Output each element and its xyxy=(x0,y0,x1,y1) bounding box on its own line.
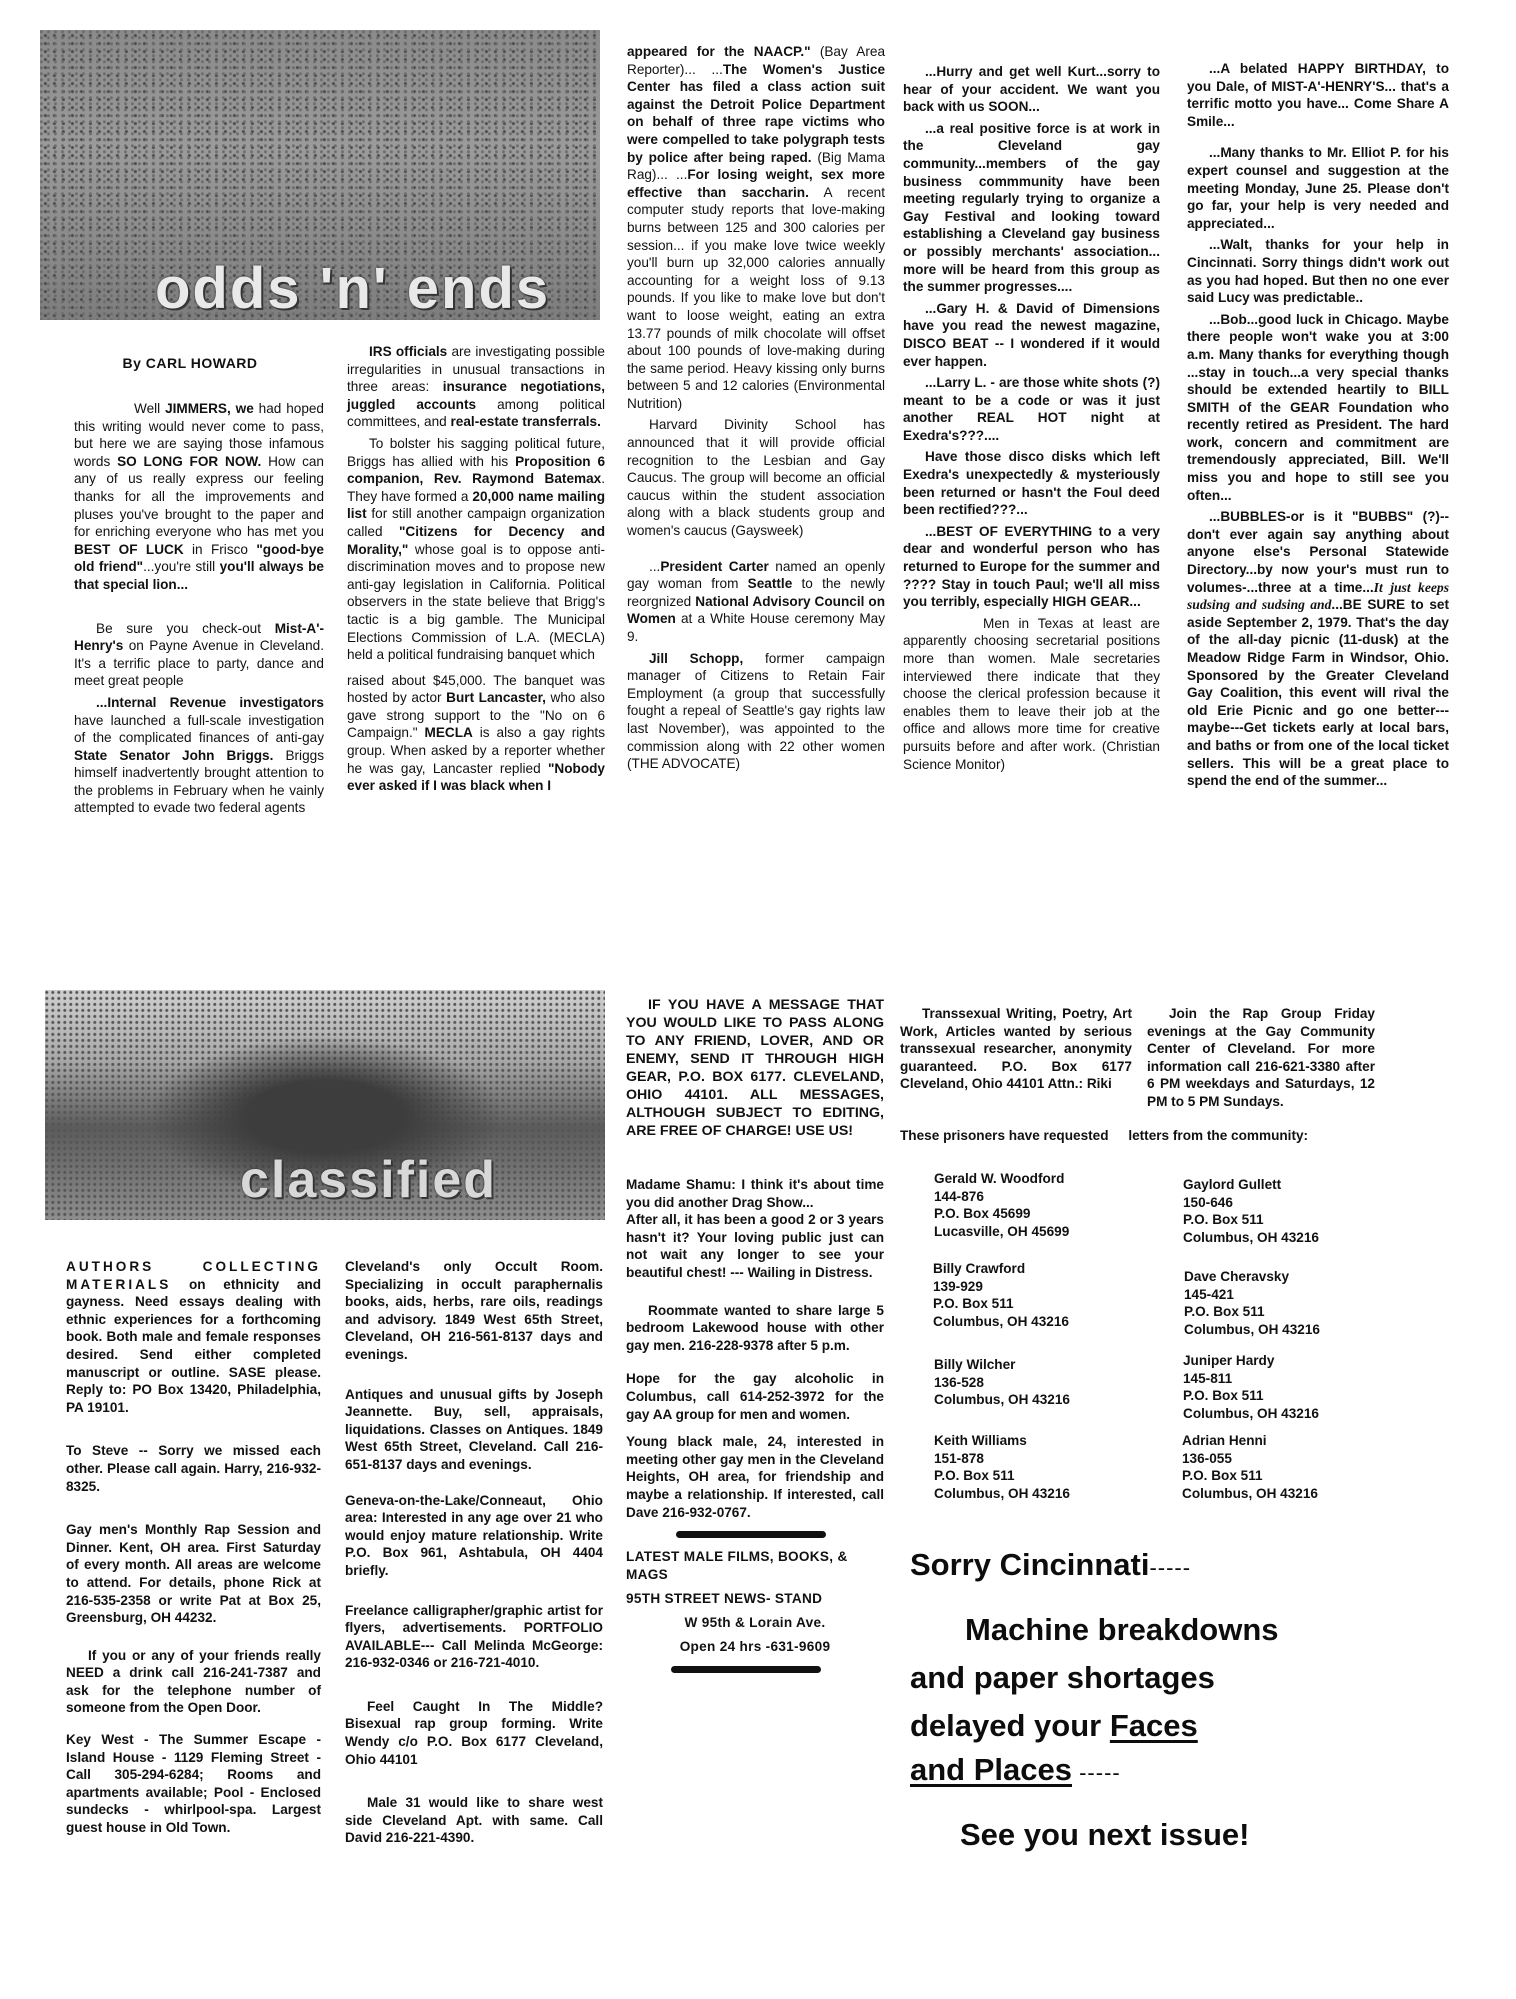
article-column-5: ...A belated HAPPY BIRTHDAY, to you Dale… xyxy=(1187,60,1449,794)
classified-banner: classified xyxy=(240,1150,497,1210)
prisoner-entry: Adrian Henni 136-055 P.O. Box 511 Columb… xyxy=(1182,1432,1318,1502)
article-column-4: ...Hurry and get well Kurt...sorry to he… xyxy=(903,63,1160,777)
classified-ad-calligrapher: Freelance calligrapher/graphic artist fo… xyxy=(345,1602,603,1672)
paragraph-happy-birthday: ...A belated HAPPY BIRTHDAY, to you Dale… xyxy=(1187,60,1449,130)
paragraph-gary-david: ...Gary H. & David of Dimensions have yo… xyxy=(903,300,1160,370)
message-service-notice: IF YOU HAVE A MESSAGE THAT YOU WOULD LIK… xyxy=(626,996,884,1140)
notice-line-6: See you next issue! xyxy=(910,1815,1430,1855)
prisoner-entry: Billy Crawford 139-929 P.O. Box 511 Colu… xyxy=(933,1260,1069,1330)
odds-n-ends-header-image: odds 'n' ends xyxy=(40,30,600,320)
classified-ad-apartment: Male 31 would like to share west side Cl… xyxy=(345,1794,603,1847)
paragraph-bob-bill-smith: ...Bob...good luck in Chicago. Maybe the… xyxy=(1187,311,1449,505)
byline: By CARL HOWARD xyxy=(100,355,280,371)
paragraph-walt: ...Walt, thanks for your help in Cincinn… xyxy=(1187,236,1449,306)
classified-ad-bisexual-rap: Feel Caught In The Middle? Bisexual rap … xyxy=(345,1698,603,1768)
article-column-2: IRS officials are investigating possible… xyxy=(347,343,605,799)
classified-ad-rap-session: Gay men's Monthly Rap Session and Dinner… xyxy=(66,1521,321,1627)
paragraph-lancaster: raised about $45,000. The banquet was ho… xyxy=(347,672,605,795)
paragraph-kurt: ...Hurry and get well Kurt...sorry to he… xyxy=(903,63,1160,116)
prisoner-entry: Gaylord Gullett 150-646 P.O. Box 511 Col… xyxy=(1183,1176,1319,1246)
paragraph-irs-officials: IRS officials are investigating possible… xyxy=(347,343,605,431)
paragraph-texas-secretaries: Men in Texas at least are apparently cho… xyxy=(903,615,1160,773)
classified-ad-steve: To Steve -- Sorry we missed each other. … xyxy=(66,1442,321,1495)
prisoner-entry: Billy Wilcher 136-528 Columbus, OH 43216 xyxy=(934,1356,1070,1409)
paragraph-disco-disks: Have those disco disks which left Exedra… xyxy=(903,448,1160,518)
prisoner-entry: Gerald W. Woodford 144-876 P.O. Box 4569… xyxy=(934,1170,1069,1240)
paragraph-positive-force: ...a real positive force is at work in t… xyxy=(903,120,1160,296)
divider-bar xyxy=(676,1531,826,1538)
classified-ad-madame-shamu: Madame Shamu: I think it's about time yo… xyxy=(626,1176,884,1282)
notice-line-3: and paper shortages xyxy=(910,1658,1430,1698)
classified-ad-open-door: If you or any of your friends really NEE… xyxy=(66,1647,321,1717)
article-column-3: appeared for the NAACP." (Bay Area Repor… xyxy=(627,43,885,777)
divider-bar xyxy=(671,1666,821,1673)
sorry-cincinnati-notice: Sorry Cincinnati----- Machine breakdowns… xyxy=(910,1545,1430,1855)
paragraph-elliot: ...Many thanks to Mr. Elliot P. for his … xyxy=(1187,144,1449,232)
classifieds-column-3: IF YOU HAVE A MESSAGE THAT YOU WOULD LIK… xyxy=(626,996,884,1683)
paragraph-president-carter: ...President Carter named an openly gay … xyxy=(627,558,885,646)
prisoner-entry: Keith Williams 151-878 P.O. Box 511 Colu… xyxy=(934,1432,1070,1502)
newsstand-ad: LATEST MALE FILMS, BOOKS, & MAGS 95TH ST… xyxy=(626,1531,884,1673)
classifieds-column-2: Cleveland's only Occult Room. Specializi… xyxy=(345,1258,603,1851)
notice-line-2: Machine breakdowns xyxy=(910,1610,1430,1650)
paragraph-irs-investigators: ...Internal Revenue investigators have l… xyxy=(74,694,324,817)
notice-line-4: delayed your Faces xyxy=(910,1706,1430,1746)
classified-ad-occult-room: Cleveland's only Occult Room. Specializi… xyxy=(345,1258,603,1364)
classified-ad-transsexual: Transsexual Writing, Poetry, Art Work, A… xyxy=(900,1005,1132,1097)
prisoner-entry: Dave Cheravsky 145-421 P.O. Box 511 Colu… xyxy=(1184,1268,1320,1338)
classified-header-image: classified xyxy=(45,990,605,1220)
notice-line-5: and Places ----- xyxy=(910,1750,1430,1793)
classified-ad-antiques: Antiques and unusual gifts by Joseph Jea… xyxy=(345,1386,603,1474)
classified-ad-roommate: Roommate wanted to share large 5 bedroom… xyxy=(626,1302,884,1355)
paragraph-best-of-everything: ...BEST OF EVERYTHING to a very dear and… xyxy=(903,523,1160,611)
paragraph-mist-a-henrys: Be sure you check-out Mist-A'-Henry's on… xyxy=(74,620,324,690)
paragraph-jill-schopp: Jill Schopp, former campaign manager of … xyxy=(627,650,885,773)
odds-n-ends-banner: odds 'n' ends xyxy=(155,255,550,320)
paragraph-naacp-and-weight: appeared for the NAACP." (Bay Area Repor… xyxy=(627,43,885,412)
article-column-1: Well JIMMERS, we had hoped this writing … xyxy=(74,400,324,821)
classified-ad-key-west: Key West - The Summer Escape - Island Ho… xyxy=(66,1731,321,1837)
classifieds-column-1: AUTHORS COLLECTING MATERIALS on ethnicit… xyxy=(66,1258,321,1841)
prisoner-entry: Juniper Hardy 145-811 P.O. Box 511 Colum… xyxy=(1183,1352,1319,1422)
notice-line-1: Sorry Cincinnati----- xyxy=(910,1545,1430,1588)
prisoners-heading: These prisoners have requested letters f… xyxy=(900,1128,1308,1143)
paragraph-jimmers: Well JIMMERS, we had hoped this writing … xyxy=(74,400,324,594)
paragraph-harvard-divinity: Harvard Divinity School has announced th… xyxy=(627,416,885,539)
classified-ad-gay-aa: Hope for the gay alcoholic in Columbus, … xyxy=(626,1370,884,1423)
classified-ad-young-male: Young black male, 24, interested in meet… xyxy=(626,1433,884,1521)
paragraph-larry: ...Larry L. - are those white shots (?) … xyxy=(903,374,1160,444)
classified-ad-geneva: Geneva-on-the-Lake/Conneaut, Ohio area: … xyxy=(345,1492,603,1580)
paragraph-bubbles-picnic: ...BUBBLES-or is it "BUBBS" (?)--don't e… xyxy=(1187,508,1449,790)
classified-ad-authors: AUTHORS COLLECTING MATERIALS on ethnicit… xyxy=(66,1258,321,1416)
classified-ad-rap-group: Join the Rap Group Friday evenings at th… xyxy=(1147,1005,1375,1115)
paragraph-briggs-allies: To bolster his sagging political future,… xyxy=(347,435,605,664)
